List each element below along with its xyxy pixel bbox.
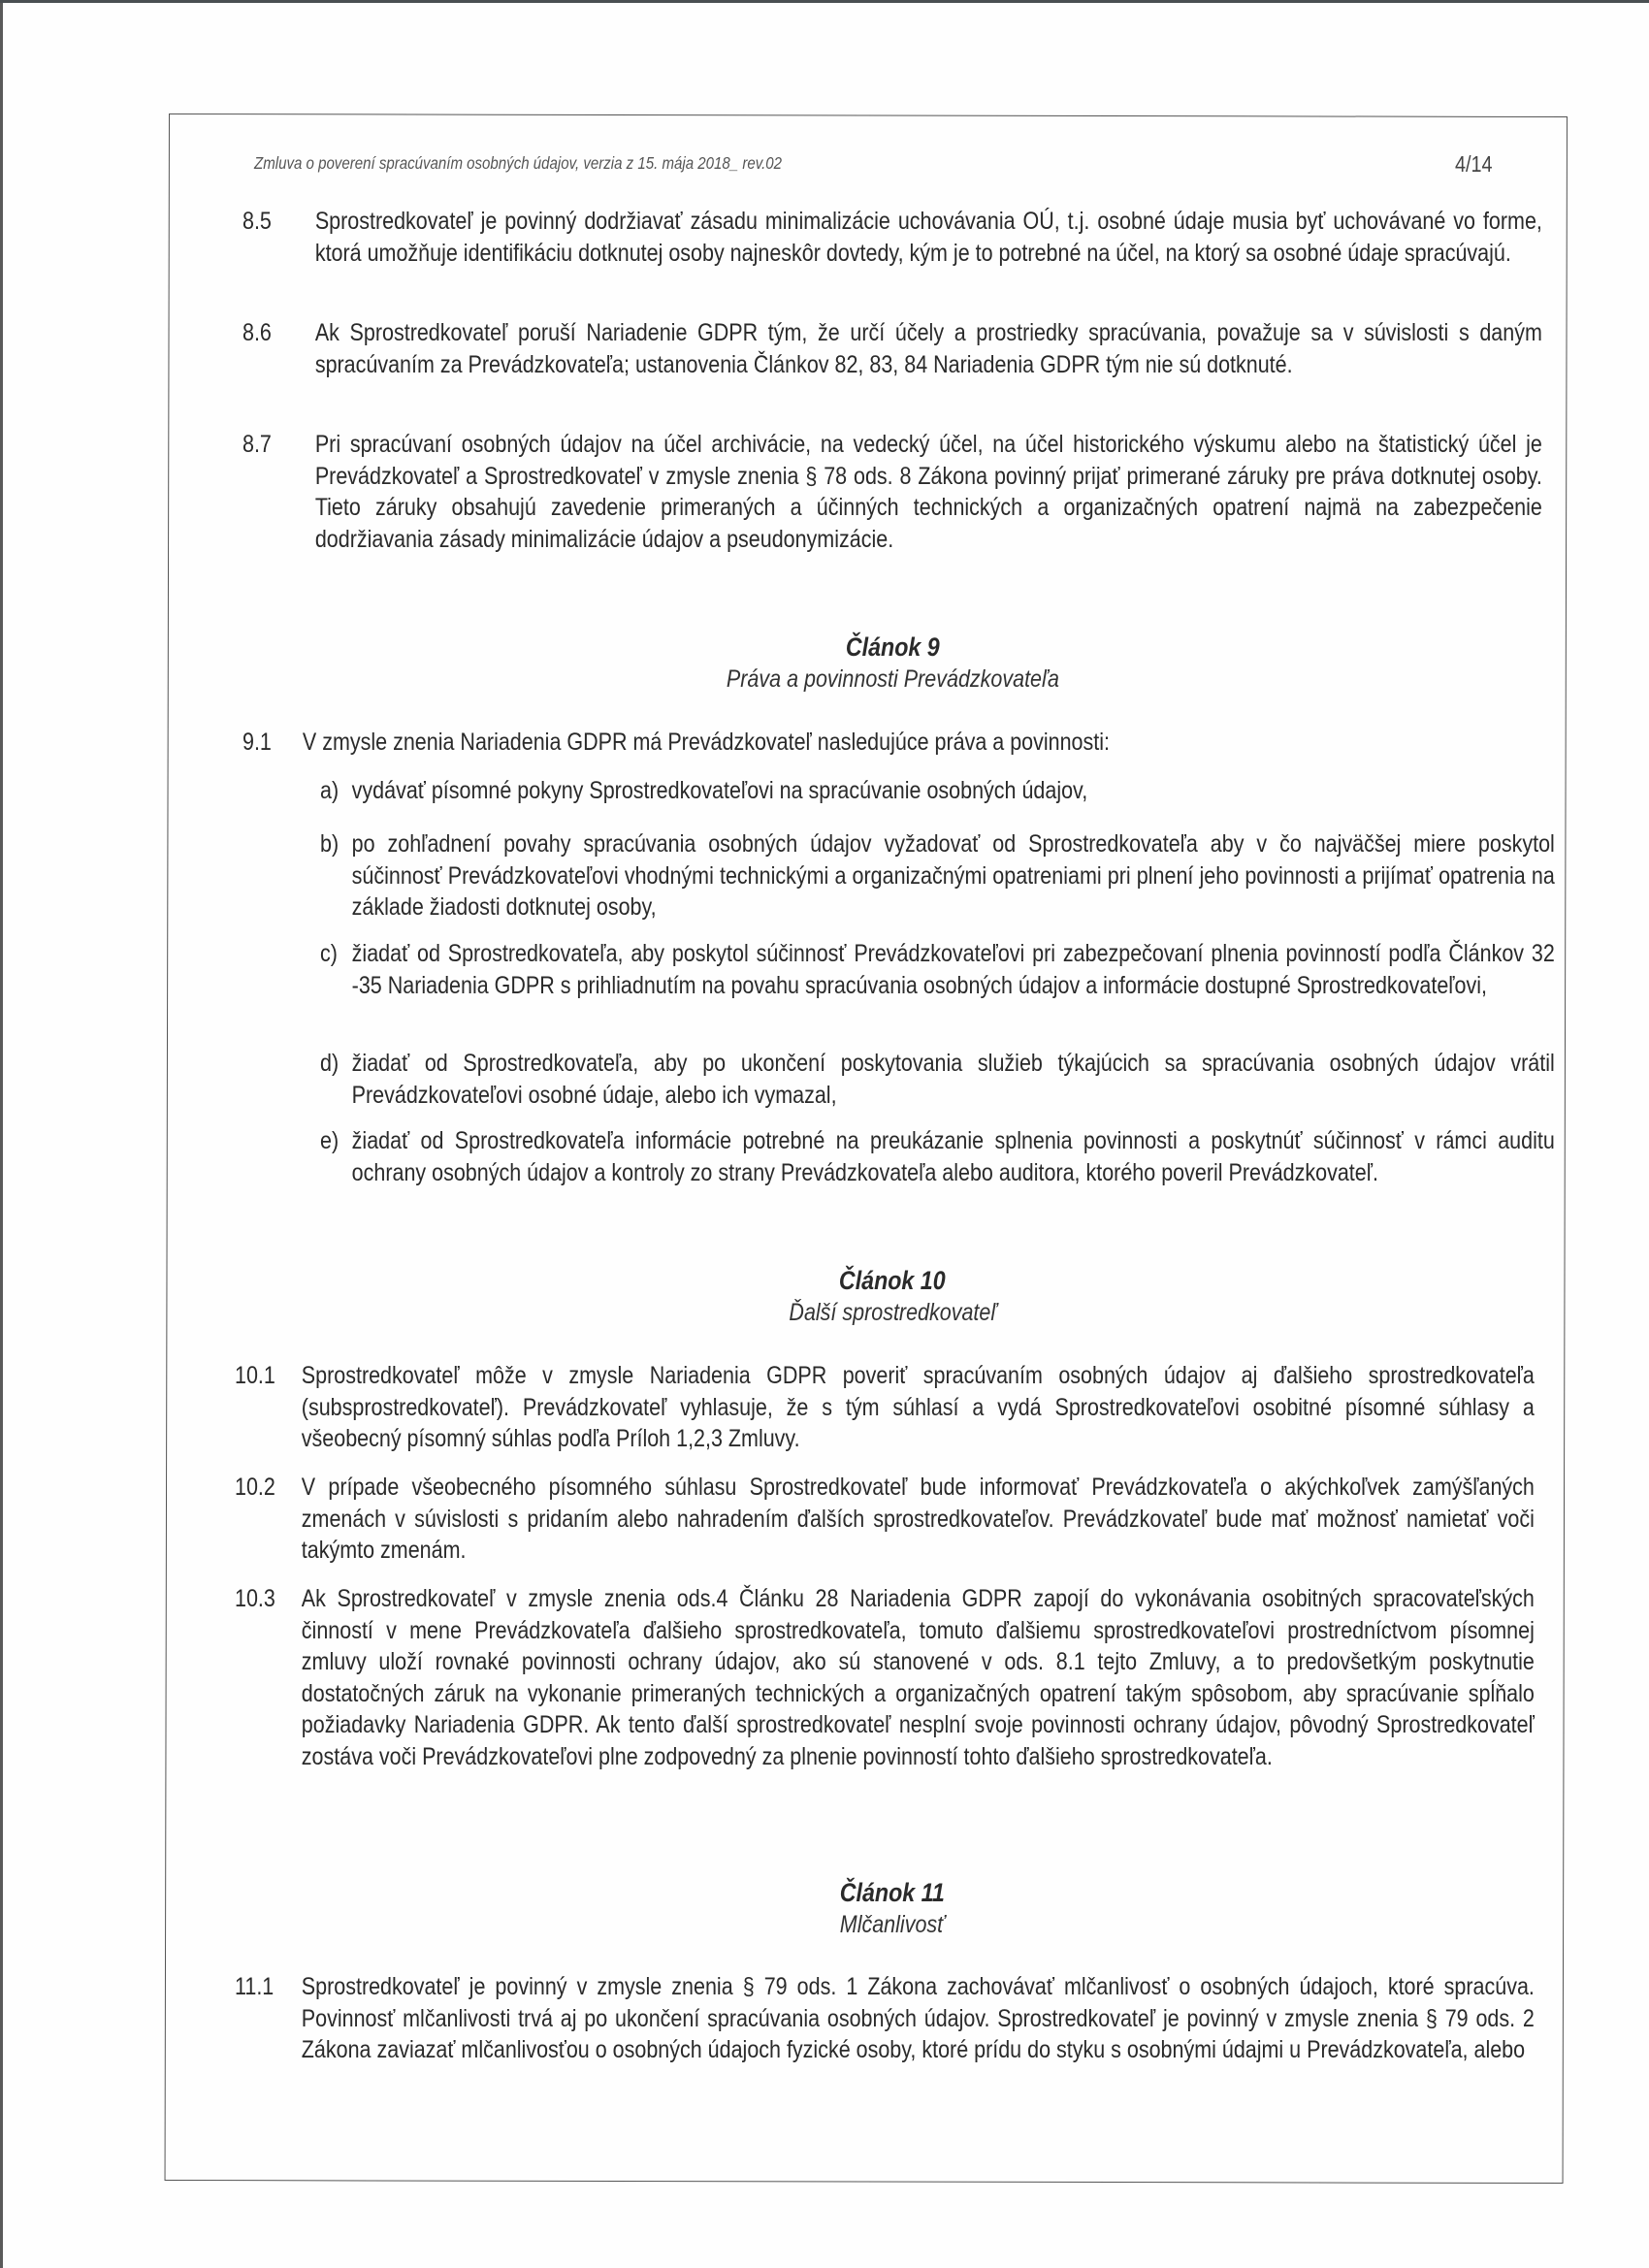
clause-10-1: 10.1 Sprostredkovateľ môže v zmysle Nari… bbox=[235, 1360, 1535, 1455]
clause-text: Sprostredkovateľ je povinný dodržiavať z… bbox=[315, 206, 1542, 269]
scan-edge bbox=[0, 0, 3, 2268]
clause-11-1: 11.1 Sprostredkovateľ je povinný v zmysl… bbox=[235, 1971, 1535, 2066]
page-number: 4/14 bbox=[1455, 151, 1492, 178]
list-item-e: e) žiadať od Sprostredkovateľa informáci… bbox=[320, 1125, 1555, 1188]
item-text: po zohľadnení povahy spracúvania osobnýc… bbox=[352, 828, 1555, 923]
clause-text: Sprostredkovateľ je povinný v zmysle zne… bbox=[302, 1971, 1535, 2066]
article-title: Článok 11 bbox=[840, 1876, 945, 1909]
item-text: žiadať od Sprostredkovateľa, aby po ukon… bbox=[352, 1048, 1555, 1111]
item-label: b) bbox=[320, 828, 339, 860]
item-label: a) bbox=[320, 775, 339, 807]
list-item-a: a) vydávať písomné pokyny Sprostredkovat… bbox=[320, 775, 1555, 807]
clause-text: Sprostredkovateľ môže v zmysle Nariadeni… bbox=[302, 1360, 1535, 1455]
item-label: e) bbox=[320, 1125, 339, 1157]
clause-number: 10.3 bbox=[235, 1583, 275, 1615]
clause-number: 8.7 bbox=[242, 429, 272, 461]
list-item-b: b) po zohľadnení povahy spracúvania osob… bbox=[320, 828, 1555, 923]
clause-number: 11.1 bbox=[235, 1971, 274, 2003]
clause-8-6: 8.6 Ak Sprostredkovateľ poruší Nariadeni… bbox=[242, 317, 1542, 380]
scan-edge bbox=[0, 0, 1649, 3]
list-item-d: d) žiadať od Sprostredkovateľa, aby po u… bbox=[320, 1048, 1555, 1111]
article-subtitle: Práva a povinnosti Prevádzkovateľa bbox=[726, 664, 1058, 695]
clause-text: Pri spracúvaní osobných údajov na účel a… bbox=[315, 429, 1542, 555]
running-header: Zmluva o poverení spracúvaním osobných ú… bbox=[254, 153, 1330, 182]
item-text: žiadať od Sprostredkovateľa, aby poskyto… bbox=[352, 938, 1555, 1001]
item-text: vydávať písomné pokyny Sprostredkovateľo… bbox=[352, 775, 1555, 807]
item-label: c) bbox=[320, 938, 338, 970]
document-title: Zmluva o poverení spracúvaním osobných ú… bbox=[254, 153, 782, 174]
clause-number: 9.1 bbox=[242, 727, 272, 759]
article-11-heading: Článok 11 Mlčanlivosť bbox=[242, 1876, 1542, 1940]
article-title: Článok 10 bbox=[839, 1264, 946, 1297]
clause-8-5: 8.5 Sprostredkovateľ je povinný dodržiav… bbox=[242, 206, 1542, 269]
clause-10-3: 10.3 Ak Sprostredkovateľ v zmysle znenia… bbox=[235, 1583, 1535, 1772]
clause-9-1: 9.1 V zmysle znenia Nariadenia GDPR má P… bbox=[242, 727, 1542, 759]
article-subtitle: Mlčanlivosť bbox=[840, 1909, 945, 1940]
clause-number: 10.1 bbox=[235, 1360, 275, 1392]
clause-text: Ak Sprostredkovateľ poruší Nariadenie GD… bbox=[315, 317, 1542, 380]
article-subtitle: Ďalší sprostredkovateľ bbox=[789, 1297, 996, 1328]
list-item-c: c) žiadať od Sprostredkovateľa, aby posk… bbox=[320, 938, 1555, 1001]
clause-number: 8.6 bbox=[242, 317, 272, 349]
clause-number: 10.2 bbox=[235, 1472, 275, 1504]
item-text: žiadať od Sprostredkovateľa informácie p… bbox=[352, 1125, 1555, 1188]
clause-text: V zmysle znenia Nariadenia GDPR má Prevá… bbox=[303, 727, 1542, 759]
clause-text: V prípade všeobecného písomného súhlasu … bbox=[302, 1472, 1535, 1567]
article-title: Článok 9 bbox=[846, 631, 940, 664]
clause-number: 8.5 bbox=[242, 206, 272, 238]
clause-8-7: 8.7 Pri spracúvaní osobných údajov na úč… bbox=[242, 429, 1542, 555]
document-body: 8.5 Sprostredkovateľ je povinný dodržiav… bbox=[242, 206, 1542, 269]
article-9-heading: Článok 9 Práva a povinnosti Prevádzkovat… bbox=[242, 631, 1542, 695]
clause-10-2: 10.2 V prípade všeobecného písomného súh… bbox=[235, 1472, 1535, 1567]
article-10-heading: Článok 10 Ďalší sprostredkovateľ bbox=[242, 1264, 1542, 1328]
item-label: d) bbox=[320, 1048, 339, 1080]
clause-text: Ak Sprostredkovateľ v zmysle znenia ods.… bbox=[302, 1583, 1535, 1772]
